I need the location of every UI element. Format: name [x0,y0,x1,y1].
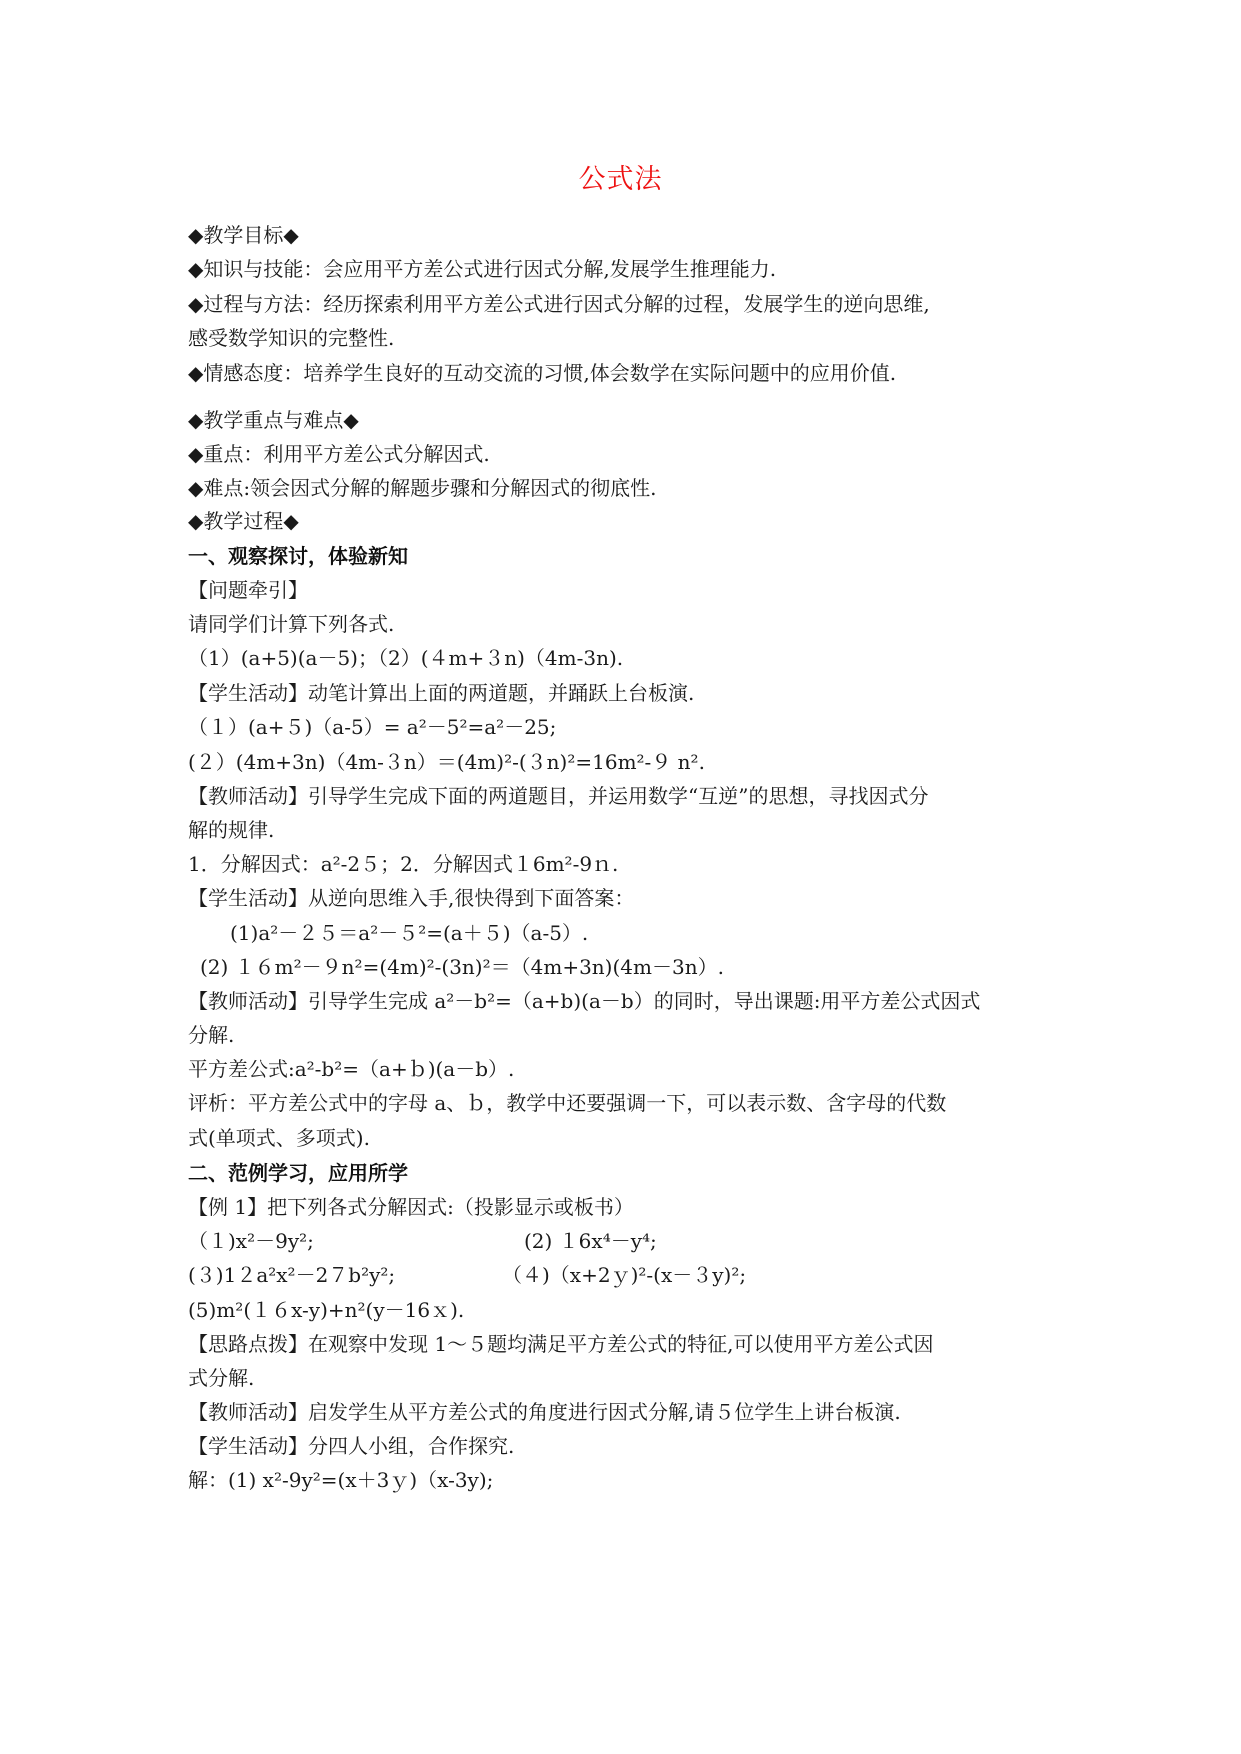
text-line-keypoint-difficulty: ◆难点:领会因式分解的解题步骤和分解因式的彻底性. [188,475,656,501]
text-line-goal-process-2: 感受数学知识的完整性. [188,325,394,351]
text-line-student-activity-1-a2: (２）(4m+3n)（4m-３n）＝(4m)²-(３n)²=16m²-９ n². [188,749,705,775]
text-line-section-1-heading: 一、观察探讨，体验新知 [188,543,408,569]
text-line-problem-lead-text: 请同学们计算下列各式. [188,611,394,637]
text-line-example-1-item-1: （１)x²－9y²; [188,1228,314,1254]
text-line-student-activity-1: 【学生活动】动笔计算出上面的两道题，并踊跃上台板演. [188,680,694,706]
text-line-goal-attitude: ◆情感态度：培养学生良好的互动交流的习惯,体会数学在实际问题中的应用价值. [188,360,896,386]
text-line-example-1-label: 【例 1】把下列各式分解因式:（投影显示或板书） [188,1194,634,1220]
text-line-example-1-item-4: （４)（x+2ｙ)²-(x－３y)²; [502,1262,746,1288]
text-line-example-1-item-3: (３)1２a²x²－2７b²y²; [188,1262,395,1288]
text-line-hint-a: 【思路点拨】在观察中发现 1～５题均满足平方差公式的特征,可以使用平方差公式因 [188,1331,933,1357]
text-line-factor-tasks: 1．分解因式：a²-2５；2．分解因式１6m²-9ｎ. [188,851,618,877]
text-line-student-activity-2-a2: (2) １６m²－９n²=(4m)²-(3n)²＝（4m+3n)(4m－3n）. [200,954,724,980]
text-line-process-header: ◆教学过程◆ [188,508,299,534]
text-line-problem-lead-exprs: （1）(a+5)(a－5)；（2）(４m+３n)（4m-3n). [188,645,623,671]
document-page: 公式法 ◆教学目标◆◆知识与技能：会应用平方差公式进行因式分解,发展学生推理能力… [0,0,1241,1754]
text-line-keypoints-header: ◆教学重点与难点◆ [188,407,359,433]
text-line-student-activity-2-a1: (1)a²－２５＝a²－５²=(a＋５)（a-5）. [230,920,588,946]
text-line-comment-b: 式(单项式、多项式). [188,1125,370,1151]
text-line-goal-knowledge: ◆知识与技能：会应用平方差公式进行因式分解,发展学生推理能力. [188,256,776,282]
text-line-problem-lead-label: 【问题牵引】 [188,577,308,603]
text-line-solution-1: 解：(1) x²-9y²=(x＋3ｙ)（x-3y); [188,1467,493,1493]
document-title: 公式法 [0,163,1241,197]
text-line-teacher-activity-3: 【教师活动】启发学生从平方差公式的角度进行因式分解,请５位学生上讲台板演. [188,1399,901,1425]
text-line-goals-header: ◆教学目标◆ [188,222,299,248]
text-line-student-activity-1-a1: （１）(a+５)（a-5）= a²－5²=a²－25; [188,714,556,740]
text-line-example-1-item-2: (2) １6x⁴－y⁴; [524,1228,657,1254]
text-line-example-1-item-5: (5)m²(１６x-y)+n²(y－16ｘ). [188,1297,464,1323]
text-line-formula: 平方差公式:a²-b²=（a+ｂ)(a－b）. [188,1056,514,1082]
text-line-keypoint-focus: ◆重点：利用平方差公式分解因式. [188,441,490,467]
text-line-student-activity-3: 【学生活动】分四人小组，合作探究. [188,1433,514,1459]
text-line-teacher-activity-1-a: 【教师活动】引导学生完成下面的两道题目，并运用数学“互逆”的思想，寻找因式分 [188,783,928,809]
text-line-section-2-heading: 二、范例学习，应用所学 [188,1160,408,1186]
text-line-comment-a: 评析：平方差公式中的字母 a、ｂ，教学中还要强调一下，可以表示数、含字母的代数 [188,1090,946,1116]
text-line-teacher-activity-1-b: 解的规律. [188,817,274,843]
text-line-teacher-activity-2-b: 分解. [188,1022,234,1048]
text-line-student-activity-2: 【学生活动】从逆向思维入手,很快得到下面答案： [188,885,634,911]
text-line-teacher-activity-2-a: 【教师活动】引导学生完成 a²－b²=（a+b)(a－b）的同时，导出课题:用平… [188,988,980,1014]
text-line-hint-b: 式分解. [188,1365,254,1391]
text-line-goal-process-1: ◆过程与方法：经历探索利用平方差公式进行因式分解的过程，发展学生的逆向思维, [188,291,930,317]
